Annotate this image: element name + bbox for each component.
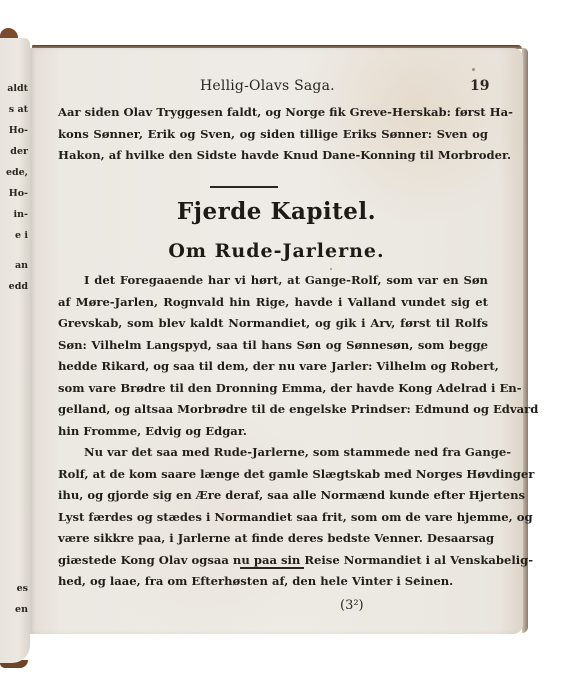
text-line: gelland, og altsaa Morbrødre til de enge… — [58, 399, 488, 421]
page-number: 19 — [470, 78, 489, 94]
text-line: som vare Brødre til den Dronning Emma, d… — [58, 378, 488, 400]
text-line: Lyst færdes og stædes i Normandiet saa f… — [58, 507, 488, 529]
text-line: hed, og laae, fra om Efterhøsten af, den… — [58, 571, 488, 593]
text-line: Rolf, at de kom saare længe det gamle Sl… — [58, 464, 488, 486]
left-page-fragment: es — [17, 583, 28, 594]
text-line: Grevskab, som blev kaldt Normandiet, og … — [58, 313, 488, 335]
right-page: Hellig-Olavs Saga. 19 Aar siden Olav Try… — [30, 48, 523, 634]
text-line: hedde Rikard, og saa til dem, der nu var… — [58, 356, 488, 378]
left-page-fragment: der — [10, 146, 28, 157]
left-page-fragment: edd — [9, 281, 28, 292]
left-page-fragment: Ho- — [9, 188, 28, 199]
left-page-fragment: Ho- — [9, 125, 28, 136]
left-page-fragment: aldt — [7, 83, 28, 94]
end-divider — [240, 567, 304, 569]
left-page-edge: aldt s at Ho- der ede, Ho- in- e i an ed… — [0, 38, 30, 663]
text-line: være sikkre paa, i Jarlerne at finde der… — [58, 528, 488, 550]
text-line: hin Fromme, Edvig og Edgar. — [58, 421, 488, 443]
text-line: Søn: Vilhelm Langspyd, saa til hans Søn … — [58, 335, 488, 357]
text-line: ihu, og gjorde sig en Ære deraf, saa all… — [58, 485, 488, 507]
left-page-fragment: s at — [9, 104, 28, 115]
signature-mark: (3²) — [340, 598, 364, 613]
text-line: kons Sønner, Erik og Sven, og siden till… — [58, 124, 488, 146]
text-line: I det Foregaaende har vi hørt, at Gange-… — [58, 270, 488, 292]
section-divider — [210, 186, 278, 188]
paragraph-1: I det Foregaaende har vi hørt, at Gange-… — [58, 270, 488, 442]
text-line: af Møre-Jarlen, Rognvald hin Rige, havde… — [58, 292, 488, 314]
section-title: Om Rude-Jarlerne. — [30, 240, 523, 262]
text-line: Hakon, af hvilke den Sidste havde Knud D… — [58, 145, 488, 167]
left-page-fragment: in- — [14, 209, 28, 220]
opening-paragraph: Aar siden Olav Tryggesen faldt, og Norge… — [58, 102, 488, 167]
left-page-fragment: ede, — [6, 167, 28, 178]
chapter-title: Fjerde Kapitel. — [30, 198, 523, 225]
running-head: Hellig-Olavs Saga. — [200, 78, 335, 94]
left-page-fragment: en — [15, 604, 28, 615]
text-line: Nu var det saa med Rude-Jarlerne, som st… — [58, 442, 488, 464]
text-line: Aar siden Olav Tryggesen faldt, og Norge… — [58, 102, 488, 124]
left-page-fragment: e i — [15, 230, 28, 241]
left-page-fragment: an — [15, 260, 28, 271]
paragraph-2: Nu var det saa med Rude-Jarlerne, som st… — [58, 442, 488, 593]
